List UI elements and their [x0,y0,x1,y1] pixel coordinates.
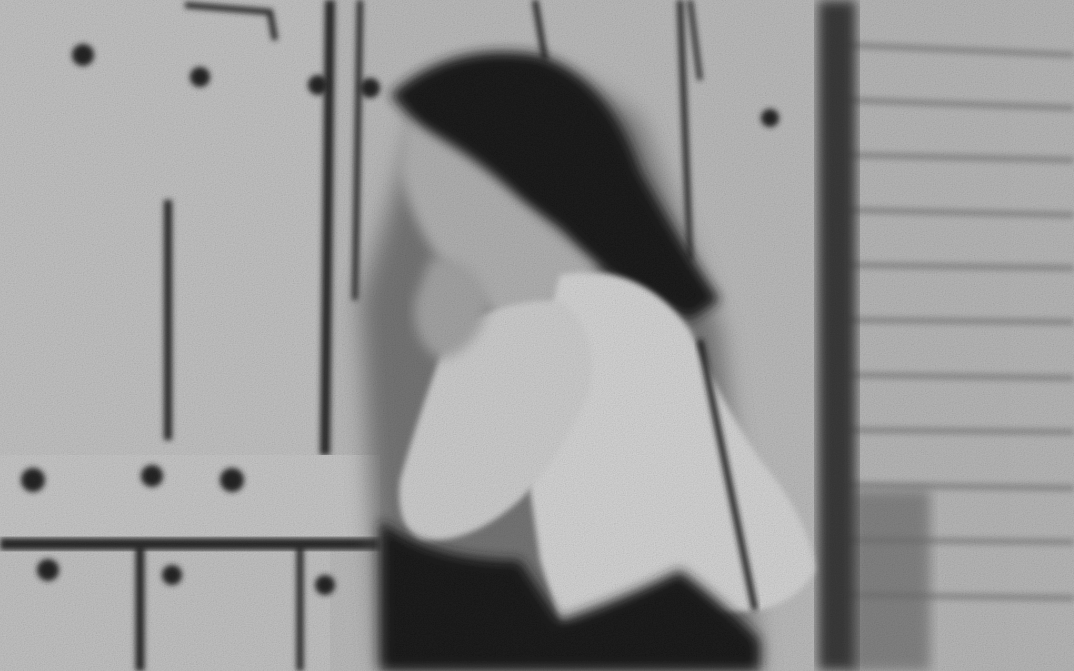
brick-wall [845,0,1074,671]
photograph [0,0,1074,671]
door-frame-edge [818,0,856,671]
scene [0,0,1074,671]
door-crossbar [0,455,380,545]
